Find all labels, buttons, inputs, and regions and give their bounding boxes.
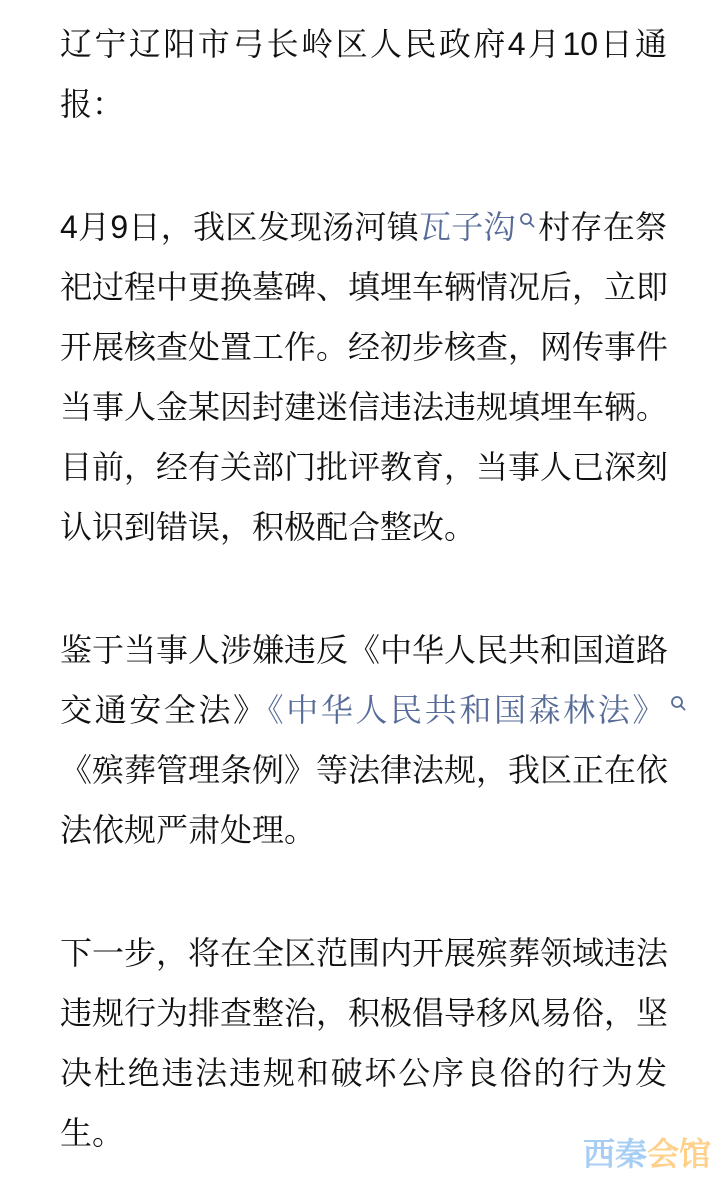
text-segment: 生。 [60, 1115, 124, 1151]
forest-law-link[interactable]: 《中华人民共和国森林法》 [268, 692, 667, 728]
article-body: 辽宁辽阳市弓长岭区人民政府4月10日通报：4月9日，我区发现汤河镇瓦子沟村存在祭… [0, 0, 720, 1163]
text-segment: 《殡葬管理条例》等法律法规，我区正在依 [60, 752, 668, 788]
text-segment: 辽宁辽阳市弓长岭区人民政府4月10日通 [60, 26, 667, 62]
watermark: 西秦会馆 [583, 1137, 711, 1172]
notice-page: 辽宁辽阳市弓长岭区人民政府4月10日通报：4月9日，我区发现汤河镇瓦子沟村存在祭… [0, 0, 720, 1163]
text-line: 认识到错误，积极配合整改。 [60, 497, 667, 557]
text-segment: 法依规严肃处理。 [60, 812, 316, 848]
watermark-text-blue: 西秦 [583, 1136, 647, 1172]
text-line: 辽宁辽阳市弓长岭区人民政府4月10日通 [60, 14, 667, 74]
text-segment: 下一步，将在全区范围内开展殡葬领域违法 [60, 935, 668, 971]
text-segment: 报： [60, 86, 124, 122]
text-line: 交通安全法》《中华人民共和国森林法》 [60, 680, 667, 740]
text-segment: 交通安全法》 [60, 692, 268, 728]
text-segment: 当事人金某因封建迷信违法违规填埋车辆。 [60, 389, 668, 425]
paragraph: 下一步，将在全区范围内开展殡葬领域违法违规行为排查整治，积极倡导移风易俗，坚决杜… [60, 923, 667, 1163]
text-line: 下一步，将在全区范围内开展殡葬领域违法 [60, 923, 667, 983]
text-segment: 认识到错误，积极配合整改。 [60, 509, 476, 545]
text-segment: 决杜绝违法违规和破坏公序良俗的行为发 [60, 1055, 667, 1091]
text-line: 开展核查处置工作。经初步核查，网传事件 [60, 317, 667, 377]
watermark-text-orange: 会馆 [647, 1136, 711, 1172]
text-line: 法依规严肃处理。 [60, 800, 667, 860]
text-line: 目前，经有关部门批评教育，当事人已深刻 [60, 437, 667, 497]
paragraph: 辽宁辽阳市弓长岭区人民政府4月10日通报： [60, 14, 667, 134]
text-line: 报： [60, 74, 667, 134]
text-segment: 开展核查处置工作。经初步核查，网传事件 [60, 329, 668, 365]
paragraph: 鉴于当事人涉嫌违反《中华人民共和国道路交通安全法》《中华人民共和国森林法》《殡葬… [60, 620, 667, 860]
text-line: 祀过程中更换墓碑、填埋车辆情况后，立即 [60, 257, 667, 317]
text-segment: 村存在祭 [538, 209, 667, 245]
search-icon[interactable] [516, 212, 538, 229]
text-line: 违规行为排查整治，积极倡导移风易俗，坚 [60, 983, 667, 1043]
text-segment: 违规行为排查整治，积极倡导移风易俗，坚 [60, 995, 668, 1031]
text-line: 生。 [60, 1103, 667, 1163]
text-segment: 4月9日，我区发现汤河镇 [60, 209, 419, 245]
wazigou-village-link[interactable]: 瓦子沟 [419, 209, 538, 245]
text-segment: 祀过程中更换墓碑、填埋车辆情况后，立即 [60, 269, 668, 305]
text-segment: 目前，经有关部门批评教育，当事人已深刻 [60, 449, 668, 485]
text-line: 鉴于当事人涉嫌违反《中华人民共和国道路 [60, 620, 667, 680]
paragraph: 4月9日，我区发现汤河镇瓦子沟村存在祭祀过程中更换墓碑、填埋车辆情况后，立即开展… [60, 197, 667, 557]
text-line: 4月9日，我区发现汤河镇瓦子沟村存在祭 [60, 197, 667, 257]
text-segment: 鉴于当事人涉嫌违反《中华人民共和国道路 [60, 632, 668, 668]
text-line: 决杜绝违法违规和破坏公序良俗的行为发 [60, 1043, 667, 1103]
text-line: 当事人金某因封建迷信违法违规填埋车辆。 [60, 377, 667, 437]
text-line: 《殡葬管理条例》等法律法规，我区正在依 [60, 740, 667, 800]
